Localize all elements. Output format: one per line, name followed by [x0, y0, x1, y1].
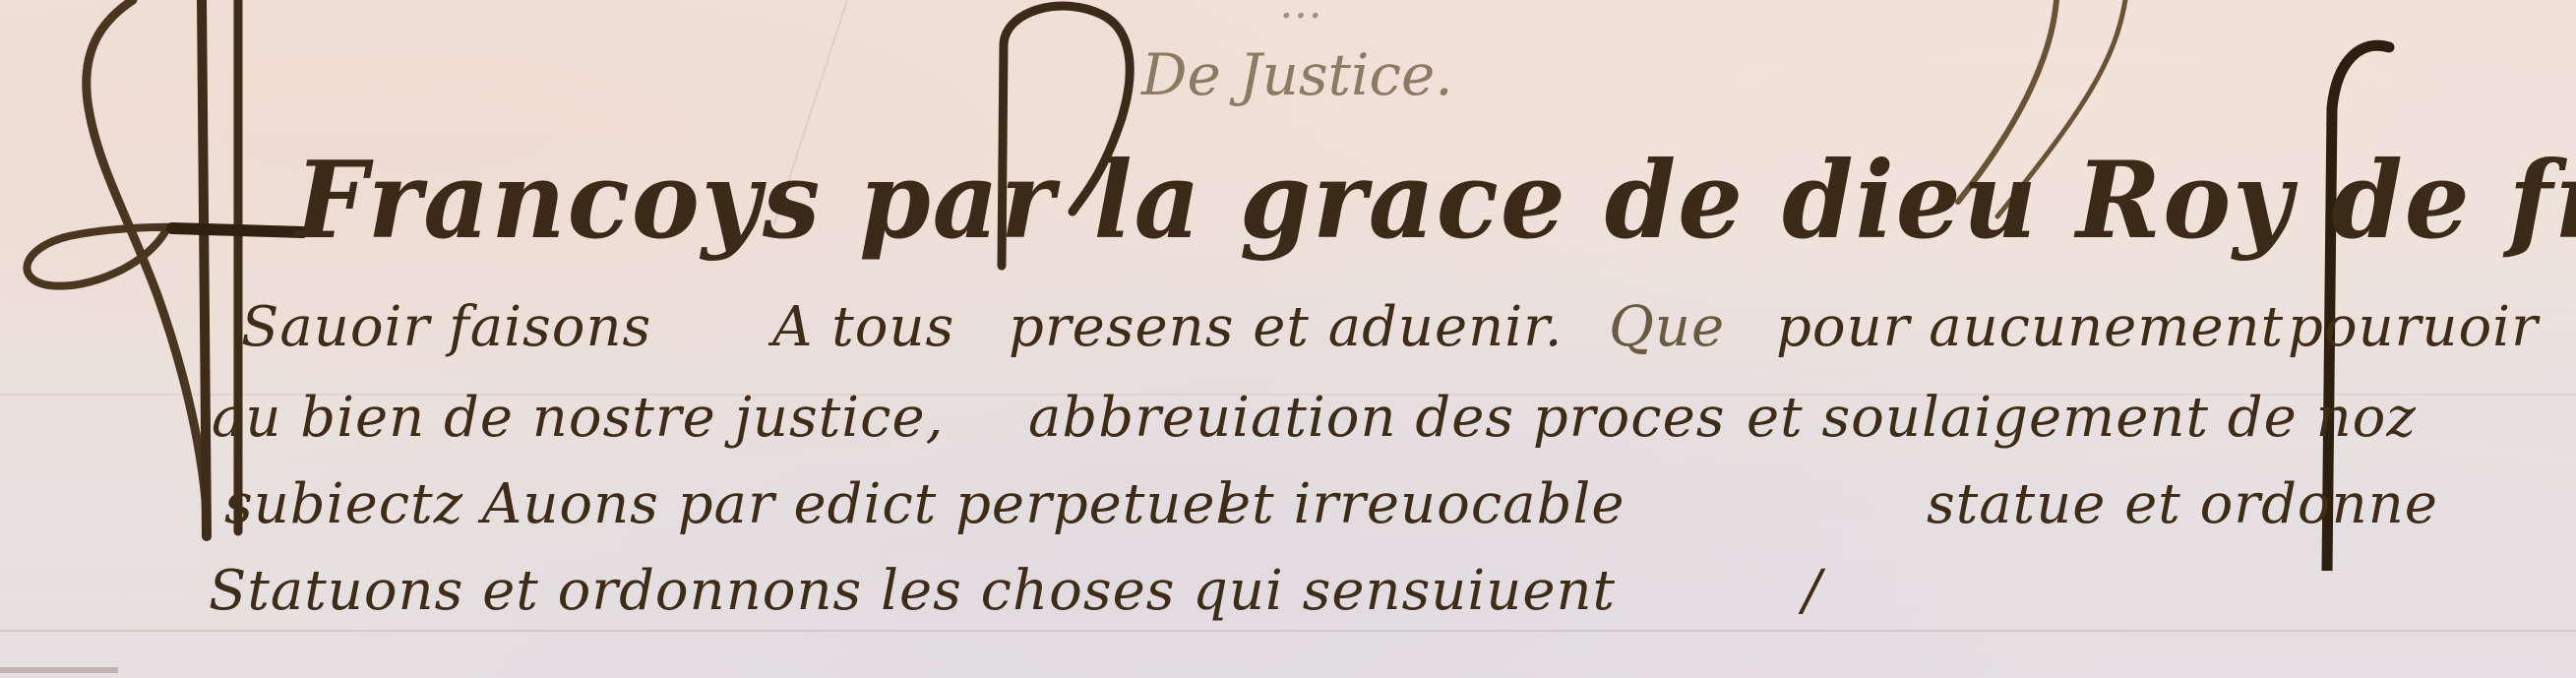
text-segment: Que	[1609, 295, 1725, 359]
heading-line: Francoys par la grace de dieu Roy de fra…	[295, 148, 2576, 254]
text-segment: Statuons et ordonnons les choses	[209, 559, 1175, 623]
text-segment: subiectz Auons par edict perpetuel	[224, 472, 1234, 536]
text-segment: /	[1803, 559, 1822, 623]
text-segment: qui sensuiuent	[1193, 559, 1616, 623]
top-faint-text: …	[1279, 0, 1322, 29]
page-edge	[0, 667, 118, 673]
text-segment: et irreuocable	[1218, 472, 1625, 536]
decorated-initial-f	[10, 0, 305, 551]
text-segment: A tous	[772, 295, 954, 359]
ruling-line	[0, 630, 2576, 632]
text-segment: pour aucunement	[1776, 295, 2284, 359]
margin-annotation: De Justice.	[1141, 41, 1453, 108]
text-segment: et soulaigement de noz	[1747, 386, 2417, 450]
text-segment: abbreuiation des proces	[1028, 386, 1725, 450]
text-segment: presens et aduenir.	[1009, 295, 1564, 359]
text-segment: statue et ordonne	[1927, 472, 2438, 536]
text-segment: au bien de nostre justice,	[212, 386, 944, 450]
text-segment: pouruoir	[2288, 295, 2539, 359]
text-segment: Sauoir faisons	[241, 295, 651, 359]
